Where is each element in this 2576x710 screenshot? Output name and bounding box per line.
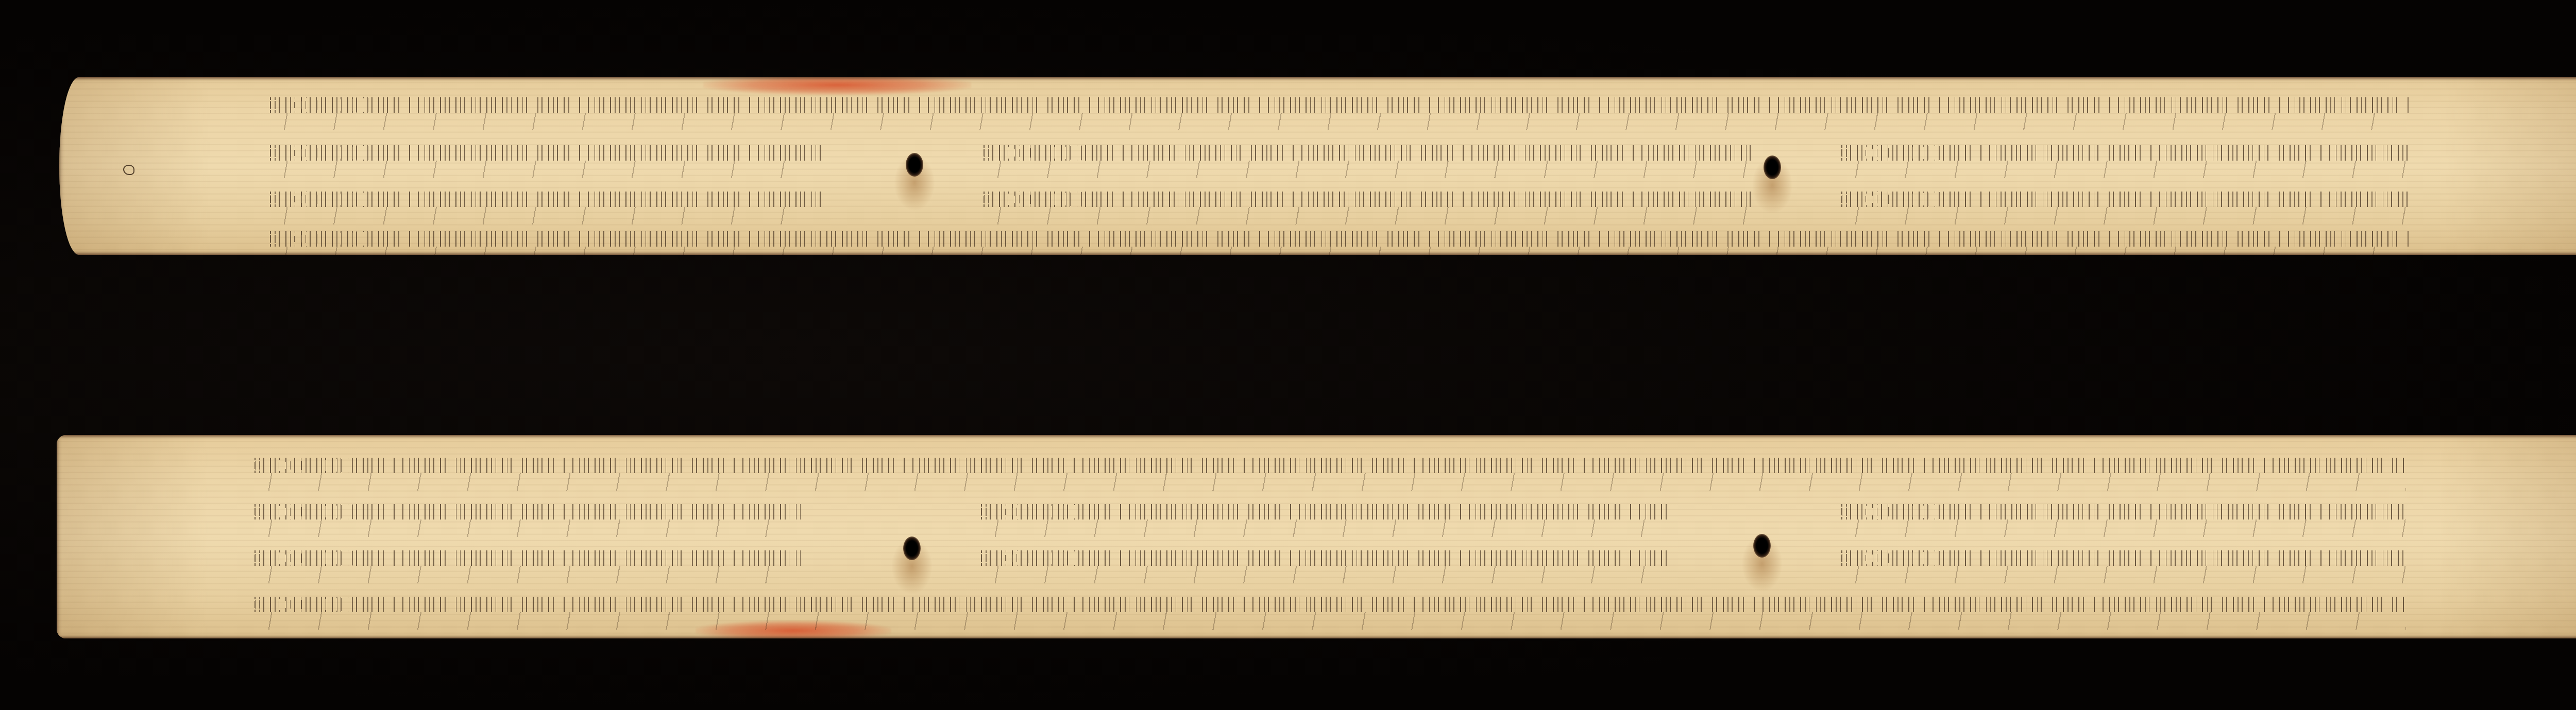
balinese-script-glyphs: [268, 97, 2411, 113]
script-line-row-2: [268, 138, 824, 169]
lower-leaf: [57, 435, 2576, 638]
balinese-script-glyphs: [252, 550, 804, 566]
balinese-script-glyphs: [1839, 504, 2406, 519]
balinese-script-loops: [981, 173, 1759, 186]
script-line-row-3: [1839, 184, 2411, 215]
script-line-row-1: [252, 451, 2406, 481]
balinese-script-tails: [252, 612, 2406, 630]
balinese-script-loops: [979, 532, 1669, 545]
script-line-row-3: [1839, 543, 2406, 574]
balinese-script-loops: [252, 486, 804, 499]
script-line-row-2: [981, 138, 1759, 169]
leaf-number-glyph-icon: [123, 165, 134, 175]
balinese-script-glyphs: [1839, 145, 2411, 161]
balinese-script-loops: [268, 173, 824, 186]
script-line-row-2: [252, 497, 804, 528]
balinese-script-loops: [1839, 532, 2406, 545]
script-line-row-2: [979, 497, 1669, 528]
script-line-row-2: [1839, 138, 2411, 169]
script-line-row-3: [252, 543, 804, 574]
balinese-script-loops: [268, 127, 824, 140]
balinese-script-tails: [268, 247, 2411, 255]
script-line-row-3: [981, 184, 1759, 215]
balinese-script-loops: [268, 79, 2411, 92]
string-hole-1: [906, 153, 923, 177]
balinese-script-glyphs: [252, 458, 2406, 473]
balinese-script-glyphs: [268, 231, 2411, 247]
script-line-row-2: [1839, 497, 2406, 528]
balinese-script-glyphs: [979, 550, 1669, 566]
balinese-script-loops: [252, 532, 804, 545]
balinese-script-glyphs: [981, 145, 1759, 161]
balinese-script-loops: [252, 439, 2406, 453]
script-line-row-4: [268, 224, 2411, 255]
balinese-script-glyphs: [1839, 550, 2406, 566]
balinese-script-glyphs: [981, 192, 1759, 207]
balinese-script-glyphs: [268, 192, 824, 207]
balinese-script-loops: [1839, 127, 2411, 140]
balinese-script-loops: [1839, 486, 2406, 499]
string-hole-2: [1753, 534, 1771, 558]
balinese-script-glyphs: [979, 504, 1669, 519]
balinese-script-loops: [268, 213, 2411, 226]
balinese-script-loops: [981, 127, 1759, 140]
string-hole-2: [1764, 155, 1781, 179]
balinese-script-loops: [252, 578, 2406, 592]
script-line-row-4: [252, 590, 2406, 620]
balinese-script-glyphs: [1839, 192, 2411, 207]
balinese-script-glyphs: [252, 504, 804, 519]
script-line-row-3: [979, 543, 1669, 574]
balinese-script-glyphs: [252, 597, 2406, 612]
script-line-row-1: [268, 90, 2411, 121]
balinese-script-loops: [1839, 173, 2411, 186]
upper-leaf: [59, 77, 2576, 255]
balinese-script-loops: [979, 486, 1669, 499]
balinese-script-glyphs: [268, 145, 824, 161]
string-hole-1: [903, 536, 921, 560]
script-line-row-3: [268, 184, 824, 215]
